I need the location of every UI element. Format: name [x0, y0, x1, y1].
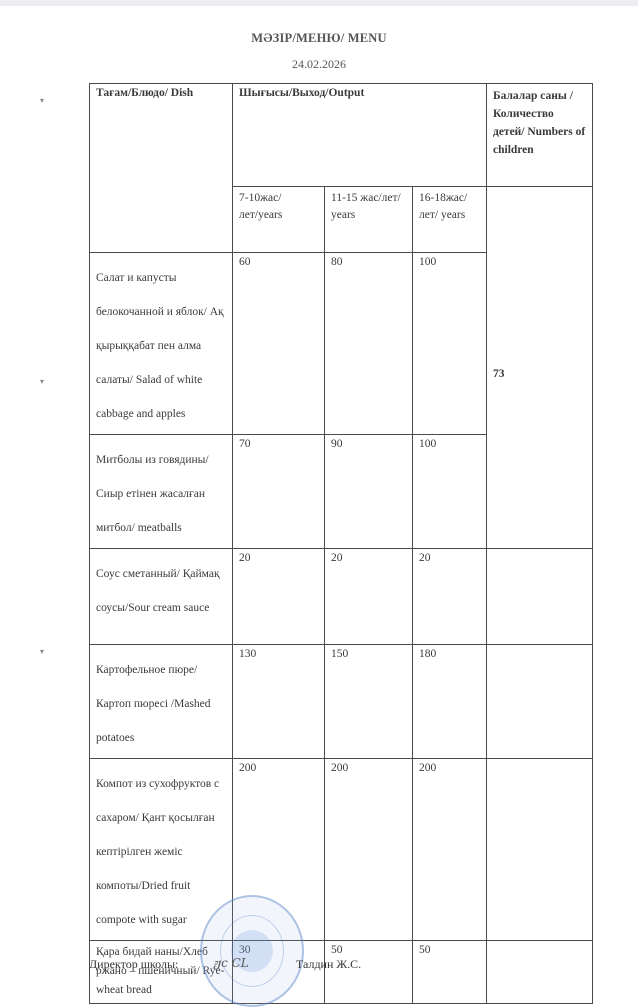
children-count: 73 — [487, 187, 593, 549]
portion-7-10: 200 — [233, 759, 325, 941]
dish-name: Компот из сухофруктов с сахаром/ Қант қо… — [90, 759, 233, 941]
header-age-11-15: 11-15 жас/лет/ years — [325, 187, 413, 253]
table-row: Картофельное пюре/ Картоп пюресі /Mashed… — [90, 645, 593, 759]
margin-mark: ▾ — [40, 96, 44, 105]
portion-11-15: 150 — [325, 645, 413, 759]
portion-16-18: 100 — [413, 253, 487, 435]
margin-mark: ▾ — [40, 377, 44, 386]
dish-name: Соус сметанный/ Қаймақ соусы/Sour cream … — [90, 549, 233, 645]
header-output: Шығысы/Выход/Output — [233, 84, 487, 187]
director-name: Талдин Ж.С. — [296, 957, 361, 972]
portion-11-15: 80 — [325, 253, 413, 435]
dish-name: Картофельное пюре/ Картоп пюресі /Mashed… — [90, 645, 233, 759]
children-empty-cell — [487, 645, 593, 759]
dish-name: Митболы из говядины/ Сиыр етінен жасалға… — [90, 435, 233, 549]
signature: ჟc CL — [214, 956, 249, 970]
portion-7-10: 20 — [233, 549, 325, 645]
portion-16-18: 20 — [413, 549, 487, 645]
portion-7-10: 70 — [233, 435, 325, 549]
table-row: Соус сметанный/ Қаймақ соусы/Sour cream … — [90, 549, 593, 645]
portion-11-15: 20 — [325, 549, 413, 645]
portion-7-10: 130 — [233, 645, 325, 759]
top-edge — [0, 0, 638, 6]
director-label: Директор школы: — [89, 957, 178, 971]
document-title: МӘЗІР/МЕНЮ/ MENU — [0, 31, 638, 46]
portion-7-10: 30 — [233, 941, 325, 1004]
document-date: 24.02.2026 — [0, 57, 638, 72]
portion-11-15: 200 — [325, 759, 413, 941]
table-row: Қара бидай наны/Хлеб ржано – пшеничный/ … — [90, 941, 593, 1004]
dish-name: Салат и капусты белокочанной и яблок/ Ақ… — [90, 253, 233, 435]
portion-16-18: 180 — [413, 645, 487, 759]
bleed-through-text — [493, 356, 586, 368]
menu-table: Тағам/Блюдо/ Dish Шығысы/Выход/Output Ба… — [89, 83, 593, 1004]
portion-16-18: 50 — [413, 941, 487, 1004]
children-empty-cell — [487, 549, 593, 645]
portion-11-15: 50 — [325, 941, 413, 1004]
table-row: Компот из сухофруктов с сахаром/ Қант қо… — [90, 759, 593, 941]
margin-mark: ▾ — [40, 647, 44, 656]
header-dish: Тағам/Блюдо/ Dish — [90, 84, 233, 253]
footer: Директор школы: ჟc CL Талдин Ж.С. — [89, 957, 178, 972]
children-empty-cell — [487, 941, 593, 1004]
header-children: Балалар саны /Количество детей/ Numbers … — [487, 84, 593, 187]
portion-11-15: 90 — [325, 435, 413, 549]
portion-16-18: 200 — [413, 759, 487, 941]
children-empty-cell — [487, 759, 593, 941]
portion-16-18: 100 — [413, 435, 487, 549]
header-age-7-10: 7-10жас/лет/years — [233, 187, 325, 253]
header-age-16-18: 16-18жас/лет/ years — [413, 187, 487, 253]
children-count-value: 73 — [493, 368, 505, 380]
dish-name: Қара бидай наны/Хлеб ржано – пшеничный/ … — [90, 941, 233, 1004]
portion-7-10: 60 — [233, 253, 325, 435]
